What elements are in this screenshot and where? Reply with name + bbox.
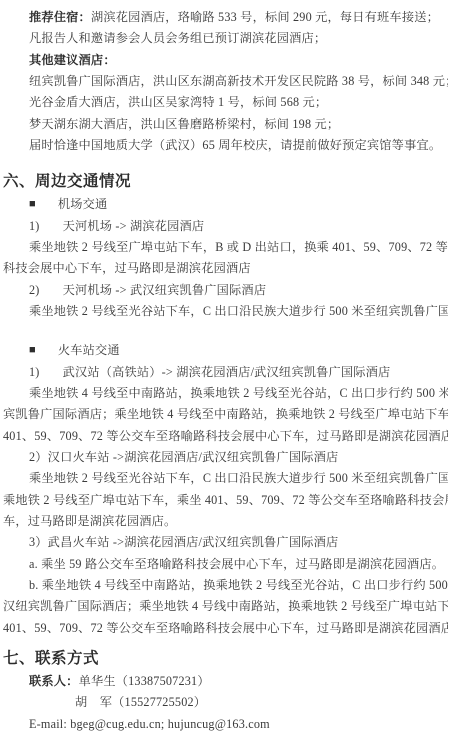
doc-line: a. 乘坐 59 路公交车至珞喻路科技会展中心下车，过马路即是湖滨花园酒店。 bbox=[29, 554, 448, 575]
doc-line-text: 届时恰逢中国地质大学（武汉）65 周年校庆，请提前做好预定宾馆等事宜。 bbox=[29, 138, 441, 152]
list-number: 1) bbox=[29, 216, 40, 237]
doc-line-text: 3）武昌火车站 ->湖滨花园酒店/武汉纽宾凯鲁广国际酒店 bbox=[29, 535, 338, 549]
doc-line-text: 天河机场 -> 湖滨花园酒店 bbox=[63, 219, 205, 233]
bullet-square-icon: ■ bbox=[29, 340, 36, 361]
doc-line: 汉纽宾凯鲁广国际酒店；乘坐地铁 4 号线中南路站，换乘地铁 2 号线至广埠屯站下… bbox=[3, 596, 448, 617]
bullet-line: ■机场交通 bbox=[29, 194, 448, 215]
doc-line-text: 胡 军（15527725502） bbox=[75, 695, 206, 709]
doc-line-text: 光谷金盾大酒店，洪山区吴家湾特 1 号，标间 568 元； bbox=[29, 95, 327, 109]
doc-line-text: 单华生（13387507231） bbox=[79, 674, 210, 688]
doc-line: 纽宾凯鲁广国际酒店，洪山区东湖高新技术开发区民院路 38 号，标间 348 元； bbox=[29, 71, 448, 92]
doc-line: 梦天湖东湖大酒店，洪山区鲁磨路桥梁村，标间 198 元； bbox=[29, 114, 448, 135]
doc-line: 3）武昌火车站 ->湖滨花园酒店/武汉纽宾凯鲁广国际酒店 bbox=[29, 532, 448, 553]
doc-line: 届时恰逢中国地质大学（武汉）65 周年校庆，请提前做好预定宾馆等事宜。 bbox=[29, 135, 448, 156]
doc-line: 乘坐地铁 2 号线至光谷站下车，C 出口沿民族大道步行 500 米至纽宾凯鲁广国… bbox=[29, 468, 448, 489]
doc-line-text: 梦天湖东湖大酒店，洪山区鲁磨路桥梁村，标间 198 元； bbox=[29, 117, 339, 131]
doc-line-text: a. 乘坐 59 路公交车至珞喻路科技会展中心下车，过马路即是湖滨花园酒店。 bbox=[29, 557, 444, 571]
doc-line-text: 乘坐地铁 2 号线至光谷站下车，C 出口沿民族大道步行 500 米至纽宾凯鲁广国… bbox=[29, 471, 448, 485]
doc-line-text: E-mail: bgeg@cug.edu.cn; hujuncug@163.co… bbox=[29, 717, 270, 731]
numbered-line: 1)武汉站（高铁站）-> 湖滨花园酒店/武汉纽宾凯鲁广国际酒店 bbox=[29, 362, 448, 383]
section-heading: 六、周边交通情况 bbox=[3, 170, 448, 194]
numbered-line: 2)天河机场 -> 武汉纽宾凯鲁广国际酒店 bbox=[29, 280, 448, 301]
section-gap bbox=[3, 639, 448, 647]
list-number: 1) bbox=[29, 362, 40, 383]
doc-line: b. 乘坐地铁 4 号线至中南路站，换乘地铁 2 号线至光谷站，C 出口步行约 … bbox=[29, 575, 448, 596]
list-number: 2) bbox=[29, 280, 40, 301]
doc-line: 车，过马路即是湖滨花园酒店。 bbox=[3, 511, 448, 532]
doc-line: 其他建议酒店： bbox=[29, 50, 448, 71]
doc-line-text: 401、59、709、72 等公交车至珞喻路科技会展中心下车，过马路即是湖滨花园… bbox=[3, 621, 448, 635]
bullet-label: 机场交通 bbox=[58, 197, 108, 211]
doc-line: 乘坐地铁 4 号线至中南路站，换乘地铁 2 号线至光谷站，C 出口步行约 500… bbox=[29, 383, 448, 404]
doc-line-text: 2）汉口火车站 ->湖滨花园酒店/武汉纽宾凯鲁广国际酒店 bbox=[29, 450, 338, 464]
doc-line-text: 宾凯鲁广国际酒店；乘坐地铁 4 号线至中南路站，换乘地铁 2 号线至广埠屯站下车… bbox=[3, 407, 448, 421]
bold-lead-text: 其他建议酒店： bbox=[29, 53, 116, 67]
bullet-line: ■火车站交通 bbox=[29, 340, 448, 361]
doc-line-text: 车，过马路即是湖滨花园酒店。 bbox=[3, 514, 176, 528]
section-gap bbox=[3, 156, 448, 170]
doc-line-text: 纽宾凯鲁广国际酒店，洪山区东湖高新技术开发区民院路 38 号，标间 348 元； bbox=[29, 74, 448, 88]
bullet-square-icon: ■ bbox=[29, 194, 36, 215]
doc-line-text: 凡报告人和邀请参会人员会务组已预订湖滨花园酒店； bbox=[29, 31, 326, 45]
doc-line-text: 武汉站（高铁站）-> 湖滨花园酒店/武汉纽宾凯鲁广国际酒店 bbox=[63, 365, 391, 379]
doc-line: 乘地铁 2 号线至广埠屯站下车，乘坐 401、59、709、72 等公交车至珞喻… bbox=[3, 490, 448, 511]
doc-line: 联系人：单华生（13387507231） bbox=[29, 671, 448, 692]
bullet-label: 火车站交通 bbox=[58, 343, 120, 357]
doc-line-text: 科技会展中心下车，过马路即是湖滨花园酒店 bbox=[3, 261, 251, 275]
doc-line-text: 汉纽宾凯鲁广国际酒店；乘坐地铁 4 号线中南路站，换乘地铁 2 号线至广埠屯站下… bbox=[3, 599, 448, 613]
document-page: 推荐住宿：湖滨花园酒店，珞喻路 533 号，标间 290 元，每日有班车接送；凡… bbox=[0, 0, 451, 743]
doc-line-text: 乘坐地铁 4 号线至中南路站，换乘地铁 2 号线至光谷站，C 出口步行约 500… bbox=[29, 386, 448, 400]
doc-line: 宾凯鲁广国际酒店；乘坐地铁 4 号线至中南路站，换乘地铁 2 号线至广埠屯站下车… bbox=[3, 404, 448, 425]
doc-line: 401、59、709、72 等公交车至珞喻路科技会展中心下车，过马路即是湖滨花园… bbox=[3, 426, 448, 447]
doc-line-text: b. 乘坐地铁 4 号线至中南路站，换乘地铁 2 号线至光谷站，C 出口步行约 … bbox=[29, 578, 448, 592]
doc-line: 401、59、709、72 等公交车至珞喻路科技会展中心下车，过马路即是湖滨花园… bbox=[3, 618, 448, 639]
doc-line-text: 乘坐地铁 2 号线至光谷站下车，C 出口沿民族大道步行 500 米至纽宾凯鲁广国… bbox=[29, 304, 448, 318]
numbered-line: 1)天河机场 -> 湖滨花园酒店 bbox=[29, 216, 448, 237]
doc-line-text: 乘坐地铁 2 号线至广埠屯站下车，B 或 D 出站口，换乘 401、59、709… bbox=[29, 240, 448, 254]
doc-line-text: 乘地铁 2 号线至广埠屯站下车，乘坐 401、59、709、72 等公交车至珞喻… bbox=[3, 493, 448, 507]
doc-line: 2）汉口火车站 ->湖滨花园酒店/武汉纽宾凯鲁广国际酒店 bbox=[29, 447, 448, 468]
section-gap bbox=[3, 322, 448, 340]
doc-line-text: 天河机场 -> 武汉纽宾凯鲁广国际酒店 bbox=[63, 283, 267, 297]
doc-line: 胡 军（15527725502） bbox=[75, 692, 448, 713]
doc-line-text: 湖滨花园酒店，珞喻路 533 号，标间 290 元，每日有班车接送； bbox=[91, 10, 439, 24]
doc-line-text: 401、59、709、72 等公交车至珞喻路科技会展中心下车，过马路即是湖滨花园… bbox=[3, 429, 448, 443]
doc-line: 光谷金盾大酒店，洪山区吴家湾特 1 号，标间 568 元； bbox=[29, 92, 448, 113]
doc-line: E-mail: bgeg@cug.edu.cn; hujuncug@163.co… bbox=[29, 714, 448, 735]
doc-line: 凡报告人和邀请参会人员会务组已预订湖滨花园酒店； bbox=[29, 28, 448, 49]
bold-lead-text: 联系人： bbox=[29, 674, 79, 688]
doc-line: 推荐住宿：湖滨花园酒店，珞喻路 533 号，标间 290 元，每日有班车接送； bbox=[29, 7, 448, 28]
doc-line: 乘坐地铁 2 号线至光谷站下车，C 出口沿民族大道步行 500 米至纽宾凯鲁广国… bbox=[29, 301, 448, 322]
doc-line: 乘坐地铁 2 号线至广埠屯站下车，B 或 D 出站口，换乘 401、59、709… bbox=[29, 237, 448, 258]
doc-line: 科技会展中心下车，过马路即是湖滨花园酒店 bbox=[3, 258, 448, 279]
bold-lead-text: 推荐住宿： bbox=[29, 10, 91, 24]
section-heading: 七、联系方式 bbox=[3, 647, 448, 671]
